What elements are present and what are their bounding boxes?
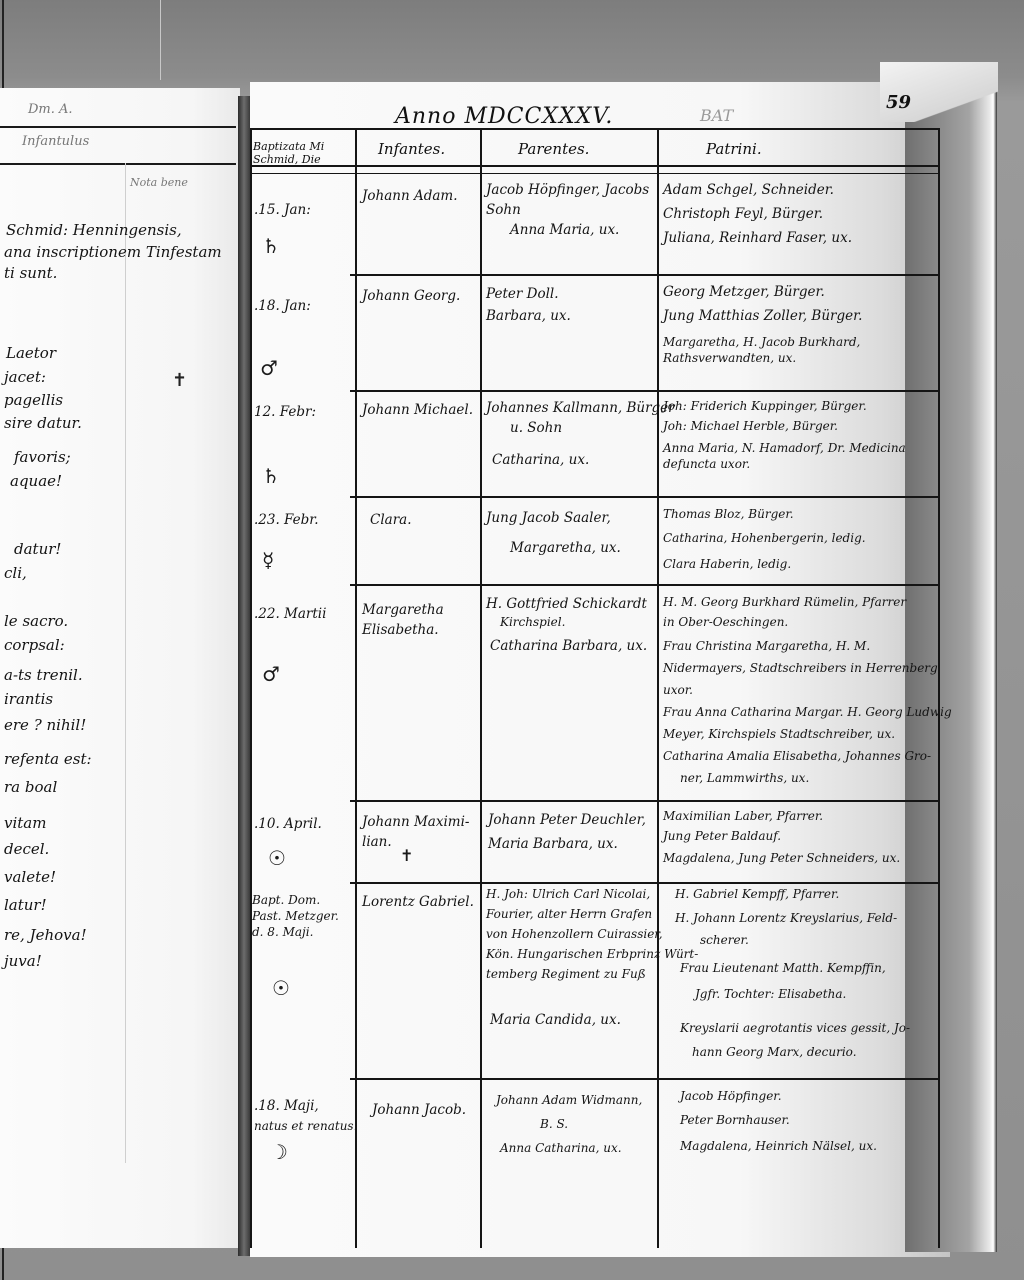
- column-divider: [657, 128, 659, 1248]
- parent-line: H. Joh: Ulrich Carl Nicolai,: [486, 886, 650, 902]
- parent-line: Sohn: [486, 200, 521, 220]
- left-line: sire datur.: [4, 414, 82, 432]
- godparent-line: scherer.: [700, 932, 749, 948]
- parent-line: Anna Catharina, ux.: [500, 1140, 622, 1156]
- left-line: ti sunt.: [4, 264, 57, 282]
- godparent-line: Maximilian Laber, Pfarrer.: [663, 808, 823, 824]
- left-line: irantis: [4, 690, 53, 708]
- saturn-symbol-icon: ♄: [262, 234, 280, 258]
- godparent-line: Anna Maria, N. Hamadorf, Dr. Medicina de…: [663, 440, 933, 472]
- left-line: ere ? nihil!: [4, 716, 86, 734]
- parent-line: Kirchspiel.: [500, 614, 565, 630]
- column-divider: [480, 128, 482, 1248]
- left-line: aquae!: [10, 472, 62, 490]
- left-page-subheader: Infantulus: [22, 134, 89, 149]
- godparent-line: Nidermayers, Stadtschreibers in Herrenbe…: [663, 660, 938, 676]
- left-line: Schmid: Henningensis,: [6, 221, 182, 239]
- header-parentes: Parentes.: [518, 140, 589, 158]
- entry-date: .10. April.: [254, 814, 322, 834]
- left-line: corpsal:: [4, 636, 65, 654]
- godparent-line: Christoph Feyl, Bürger.: [663, 204, 823, 224]
- parent-line: Anna Maria, ux.: [510, 220, 619, 240]
- godparent-line: Juliana, Reinhard Faser, ux.: [663, 228, 852, 248]
- left-line: decel.: [4, 840, 49, 858]
- book-spine: [238, 96, 250, 1256]
- godparent-line: H. M. Georg Burkhard Rümelin, Pfarrer: [663, 594, 906, 610]
- parent-line: temberg Regiment zu Fuß: [486, 966, 646, 982]
- column-divider: [355, 128, 357, 1248]
- parent-line: Catharina Barbara, ux.: [490, 636, 647, 656]
- parent-line: Barbara, ux.: [486, 306, 571, 326]
- entry-date: .18. Jan:: [254, 296, 311, 316]
- row-divider: [350, 1078, 940, 1080]
- entry-date: .15. Jan:: [254, 200, 311, 220]
- left-line: ana inscriptionem Tinfestam: [4, 243, 222, 261]
- moon-symbol-icon: ☽: [270, 1140, 288, 1164]
- godparent-line: Magdalena, Heinrich Nälsel, ux.: [680, 1138, 877, 1154]
- godparent-line: Margaretha, H. Jacob Burkhard, Rathsverw…: [663, 334, 933, 366]
- entry-date: .18. Maji,: [254, 1096, 319, 1116]
- left-line: juva!: [4, 952, 42, 970]
- godparent-line: Adam Schgel, Schneider.: [663, 180, 834, 200]
- parent-line: Jung Jacob Saaler,: [486, 508, 611, 528]
- entry-date: 12. Febr:: [254, 402, 316, 422]
- infant-name: Johann Georg.: [362, 286, 460, 306]
- sun-symbol-icon: ☉: [268, 846, 286, 870]
- parent-line: Fourier, alter Herrn Grafen: [486, 906, 652, 922]
- left-line: vitam: [4, 814, 46, 832]
- godparent-line: Jung Matthias Zoller, Bürger.: [663, 306, 862, 326]
- entry-date: .23. Febr.: [254, 510, 319, 530]
- parent-line: Peter Doll.: [486, 284, 559, 304]
- godparent-line: Jacob Höpfinger.: [680, 1088, 782, 1104]
- parent-line: Johannes Kallmann, Bürger: [486, 398, 675, 418]
- left-page-header: Dm. A.: [28, 102, 73, 117]
- bleed-through-text: BAT: [700, 106, 733, 125]
- parent-line: Catharina, ux.: [492, 450, 589, 470]
- parent-line: B. S.: [540, 1116, 568, 1132]
- godparent-line: H. Johann Lorentz Kreyslarius, Feld-: [675, 910, 897, 926]
- godparent-line: Catharina Amalia Elisabetha, Johannes Gr…: [663, 748, 931, 764]
- infant-name: Johann Jacob.: [372, 1100, 466, 1120]
- godparent-line: Frau Lieutenant Matth. Kempffin,: [680, 960, 886, 976]
- row-divider: [350, 882, 940, 884]
- godparent-line: Kreyslarii aegrotantis vices gessit, Jo-: [680, 1020, 910, 1036]
- left-line: refenta est:: [4, 750, 92, 768]
- row-divider: [350, 274, 940, 276]
- left-page-column-fragment: Nota bene: [130, 176, 188, 189]
- left-line: favoris;: [14, 448, 71, 466]
- godparent-line: Clara Haberin, ledig.: [663, 556, 791, 572]
- parent-line: Margaretha, ux.: [510, 538, 621, 558]
- parent-line: Johann Peter Deuchler,: [488, 810, 646, 830]
- left-page-rule-1: [0, 126, 236, 128]
- mars-symbol-icon: ♂: [260, 356, 278, 380]
- godparent-line: Frau Anna Catharina Margar. H. Georg Lud…: [663, 704, 952, 720]
- row-divider: [350, 584, 940, 586]
- left-line: Laetor: [6, 344, 56, 362]
- godparent-line: Meyer, Kirchspiels Stadtschreiber, ux.: [663, 726, 895, 742]
- left-page-column-divider: [125, 163, 126, 1163]
- left-line: re, Jehova!: [4, 926, 87, 944]
- left-line: latur!: [4, 896, 47, 914]
- infant-name: Lorentz Gabriel.: [362, 892, 474, 912]
- mars-symbol-icon: ♂: [262, 662, 280, 686]
- entry-date: .22. Martii: [254, 604, 326, 624]
- page-number: 59: [886, 92, 911, 113]
- parent-line: von Hohenzollern Cuirassier,: [486, 926, 663, 942]
- parent-line: u. Sohn: [510, 418, 562, 438]
- godparent-line: Magdalena, Jung Peter Schneiders, ux.: [663, 850, 900, 866]
- header-date: Baptizata Mi Schmid, Die: [253, 140, 353, 166]
- table-right-border: [938, 128, 940, 1248]
- godparent-line: in Ober-Oeschingen.: [663, 614, 788, 630]
- left-line: valete!: [4, 868, 56, 886]
- left-line: pagellis: [4, 391, 63, 409]
- left-line: datur!: [14, 540, 61, 558]
- table-header-rule-2: [250, 173, 940, 174]
- infant-name: Johann Maximi-lian.: [362, 812, 474, 852]
- header-patrini: Patrini.: [706, 140, 762, 158]
- infant-name: Johann Adam.: [362, 186, 458, 206]
- page-title: Anno MDCCXXXV.: [395, 104, 613, 129]
- row-divider: [350, 390, 940, 392]
- godparent-line: H. Gabriel Kempff, Pfarrer.: [675, 886, 839, 902]
- godparent-line: ner, Lammwirths, ux.: [680, 770, 809, 786]
- parent-line: Johann Adam Widmann,: [496, 1092, 642, 1108]
- godparent-line: Catharina, Hohenbergerin, ledig.: [663, 530, 866, 546]
- scan-artifact-line: [160, 0, 161, 80]
- parent-line: Jacob Höpfinger, Jacobs: [486, 180, 649, 200]
- table-left-border: [250, 128, 252, 1248]
- cross-death-mark-icon: ✝: [400, 846, 413, 865]
- left-line: cli,: [4, 564, 27, 582]
- page-edge-shadow: [905, 62, 997, 1252]
- godparent-line: Joh: Michael Herble, Bürger.: [663, 418, 838, 434]
- left-line: le sacro.: [4, 612, 68, 630]
- left-page-rule-2: [0, 163, 236, 165]
- sun-symbol-icon: ☉: [272, 976, 290, 1000]
- parent-line: Maria Candida, ux.: [490, 1010, 621, 1030]
- parent-line: Maria Barbara, ux.: [488, 834, 618, 854]
- infant-name: Clara.: [370, 510, 412, 530]
- row-divider: [350, 496, 940, 498]
- godparent-line: Jgfr. Tochter: Elisabetha.: [695, 986, 846, 1002]
- godparent-line: Thomas Bloz, Bürger.: [663, 506, 794, 522]
- entry-date: Bapt. Dom. Past. Metzger. d. 8. Maji.: [252, 892, 352, 940]
- table-header-rule: [250, 165, 940, 167]
- godparent-line: Frau Christina Margaretha, H. M.: [663, 638, 870, 654]
- left-line: a-ts trenil.: [4, 666, 83, 684]
- godparent-line: uxor.: [663, 682, 693, 698]
- godparent-line: Peter Bornhauser.: [680, 1112, 790, 1128]
- parent-line: Kön. Hungarischen Erbprinz Würt-: [486, 946, 698, 962]
- godparent-line: hann Georg Marx, decurio.: [692, 1044, 857, 1060]
- left-line: jacet:: [4, 368, 46, 386]
- table-top-rule: [250, 128, 940, 130]
- cross-mark-icon: ✝: [172, 370, 187, 391]
- godparent-line: Georg Metzger, Bürger.: [663, 282, 825, 302]
- row-divider: [350, 800, 940, 802]
- infant-name: Johann Michael.: [362, 400, 473, 420]
- godparent-line: Joh: Friderich Kuppinger, Bürger.: [663, 398, 867, 414]
- parent-line: H. Gottfried Schickardt: [486, 594, 647, 614]
- left-line: ra boal: [4, 778, 57, 796]
- infant-name: Margaretha Elisabetha.: [362, 600, 474, 640]
- entry-date-note: natus et renatus.: [254, 1118, 357, 1134]
- header-infantes: Infantes.: [378, 140, 445, 158]
- mercury-symbol-icon: ☿: [262, 548, 274, 572]
- godparent-line: Jung Peter Baldauf.: [663, 828, 781, 844]
- saturn-symbol-icon: ♄: [262, 464, 280, 488]
